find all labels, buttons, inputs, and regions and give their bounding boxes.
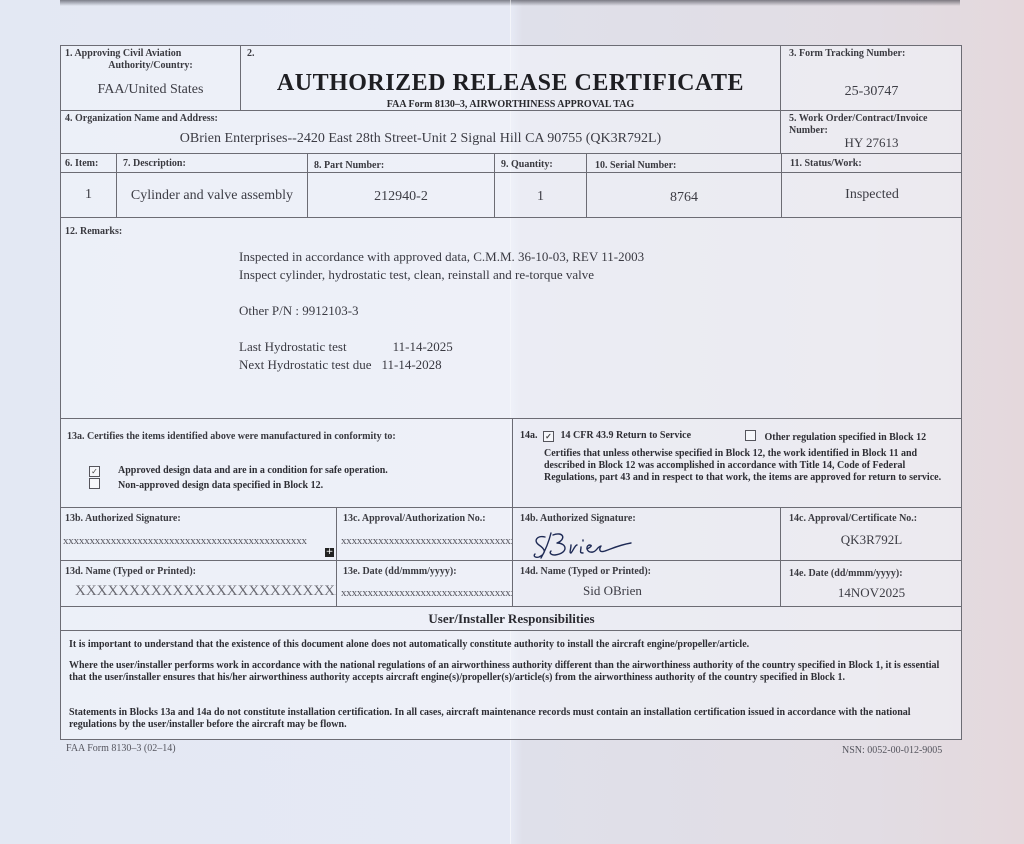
remarks-last-test: Last Hydrostatic test11-14-2025 [239, 338, 644, 356]
block3-value: 25-30747 [781, 84, 962, 100]
responsibilities-paragraph: Statements in Blocks 13a and 14a do not … [69, 707, 954, 731]
block13a-conformity: 13a. Certifies the items identified abov… [61, 419, 513, 508]
form-subtitle: FAA Form 8130–3, AIRWORTHINESS APPROVAL … [241, 99, 780, 110]
block13c-approval-no: 13c. Approval/Authorization No.: xxxxxxx… [337, 508, 513, 561]
header-serial-number: 10. Serial Number: [587, 154, 782, 173]
block3-tracking-number: 3. Form Tracking Number: 25-30747 [781, 46, 962, 111]
block13e-value: xxxxxxxxxxxxxxxxxxxxxxxxxxxxxxxxxxx [341, 587, 512, 599]
header-part-number: 8. Part Number: [308, 154, 495, 173]
expand-plus-icon[interactable]: + [325, 548, 334, 557]
checkbox-checked[interactable]: ✓ [543, 431, 554, 442]
remarks-line: Inspected in accordance with approved da… [239, 248, 644, 266]
block13a-label: 13a. Certifies the items identified abov… [67, 431, 396, 442]
cell-status: Inspected [782, 173, 962, 218]
remarks-other-pn: Other P/N : 9912103-3 [239, 302, 644, 320]
block13e-date: 13e. Date (dd/mmm/yyyy): xxxxxxxxxxxxxxx… [337, 561, 513, 607]
block4-organization: 4. Organization Name and Address: OBrien… [61, 111, 781, 154]
handwritten-signature [531, 527, 641, 561]
block13d-value: XXXXXXXXXXXXXXXXXXXXXXXXXXXXXXXX [75, 583, 336, 600]
block14d-label: 14d. Name (Typed or Printed): [520, 566, 651, 577]
block3-label: 3. Form Tracking Number: [789, 48, 905, 59]
block12-label: 12. Remarks: [65, 226, 122, 237]
responsibilities-heading-cell: User/Installer Responsibilities [61, 607, 962, 631]
header-description: 7. Description: [117, 154, 308, 173]
cell-item: 1 [61, 173, 117, 218]
block14b-label: 14b. Authorized Signature: [520, 513, 636, 524]
block13b-value: xxxxxxxxxxxxxxxxxxxxxxxxxxxxxxxxxxxxxxxx… [63, 535, 336, 547]
block14a-return-to-service: 14a. ✓ 14 CFR 43.9 Return to Service Oth… [513, 419, 962, 508]
header-item: 6. Item: [61, 154, 117, 173]
block1-label-line1: 1. Approving Civil Aviation [65, 48, 181, 59]
block14b-signature: 14b. Authorized Signature: [513, 508, 781, 561]
cell-description: Cylinder and valve assembly [117, 173, 308, 218]
block13d-label: 13d. Name (Typed or Printed): [65, 566, 196, 577]
block13b-signature: 13b. Authorized Signature: xxxxxxxxxxxxx… [61, 508, 337, 561]
page-title: AUTHORIZED RELEASE CERTIFICATE [241, 70, 780, 97]
block1-label-line2: Authority/Country: [61, 60, 240, 71]
responsibilities-body: It is important to understand that the e… [61, 631, 962, 740]
block14d-name: 14d. Name (Typed or Printed): Sid OBrien [513, 561, 781, 607]
block12-remarks: 12. Remarks: Inspected in accordance wit… [61, 218, 962, 419]
block5-label-line1: 5. Work Order/Contract/Invoice [789, 113, 927, 124]
remarks-text: Inspected in accordance with approved da… [239, 248, 644, 374]
block5-value: HY 27613 [781, 135, 962, 151]
block13b-label: 13b. Authorized Signature: [65, 513, 181, 524]
responsibilities-paragraph: Where the user/installer performs work i… [69, 660, 954, 684]
block13a-option-non-approved[interactable]: Non-approved design data specified in Bl… [89, 475, 323, 493]
cell-serial-number: 8764 [587, 173, 782, 218]
block13c-value: xxxxxxxxxxxxxxxxxxxxxxxxxxxxxxxxxxx [341, 535, 512, 547]
checkbox-unchecked[interactable] [745, 430, 756, 441]
remarks-next-test: Next Hydrostatic test due11-14-2028 [239, 356, 644, 374]
block14a-option-other[interactable]: Other regulation specified in Block 12 [745, 430, 926, 443]
block13c-label: 13c. Approval/Authorization No.: [343, 513, 486, 524]
footer-form-number: FAA Form 8130–3 (02–14) [66, 743, 176, 754]
responsibilities-paragraph: It is important to understand that the e… [69, 639, 954, 651]
responsibilities-heading: User/Installer Responsibilities [61, 611, 962, 627]
block14e-value: 14NOV2025 [781, 585, 962, 601]
authorized-release-certificate-form: 1. Approving Civil Aviation Authority/Co… [60, 45, 962, 740]
block2-label: 2. [247, 48, 255, 59]
block4-value: OBrien Enterprises--2420 East 28th Stree… [61, 131, 780, 147]
block1-value: FAA/United States [61, 82, 240, 98]
checkbox-unchecked[interactable] [89, 478, 100, 489]
block5-work-order: 5. Work Order/Contract/Invoice Number: H… [781, 111, 962, 154]
block14e-label: 14e. Date (dd/mmm/yyyy): [789, 568, 903, 579]
block14c-value: QK3R792L [781, 532, 962, 548]
block14c-certificate-no: 14c. Approval/Certificate No.: QK3R792L [781, 508, 962, 561]
block14a-option-43-9[interactable]: 14a. ✓ 14 CFR 43.9 Return to Service [520, 430, 691, 442]
remarks-line: Inspect cylinder, hydrostatic test, clea… [239, 266, 644, 284]
header-quantity: 9. Quantity: [495, 154, 587, 173]
block14d-value: Sid OBrien [583, 583, 642, 599]
block2-title: 2. AUTHORIZED RELEASE CERTIFICATE FAA Fo… [241, 46, 781, 111]
block14c-label: 14c. Approval/Certificate No.: [789, 513, 917, 524]
cell-part-number: 212940-2 [308, 173, 495, 218]
footer-nsn: NSN: 0052-00-012-9005 [842, 745, 942, 756]
cell-quantity: 1 [495, 173, 587, 218]
block14e-date: 14e. Date (dd/mmm/yyyy): 14NOV2025 [781, 561, 962, 607]
block13d-name: 13d. Name (Typed or Printed): XXXXXXXXXX… [61, 561, 337, 607]
block14a-text: Certifies that unless otherwise specifie… [544, 448, 949, 484]
block1-approving-authority: 1. Approving Civil Aviation Authority/Co… [61, 46, 241, 111]
block13e-label: 13e. Date (dd/mmm/yyyy): [343, 566, 457, 577]
header-status: 11. Status/Work: [782, 154, 962, 173]
block4-label: 4. Organization Name and Address: [65, 113, 218, 124]
